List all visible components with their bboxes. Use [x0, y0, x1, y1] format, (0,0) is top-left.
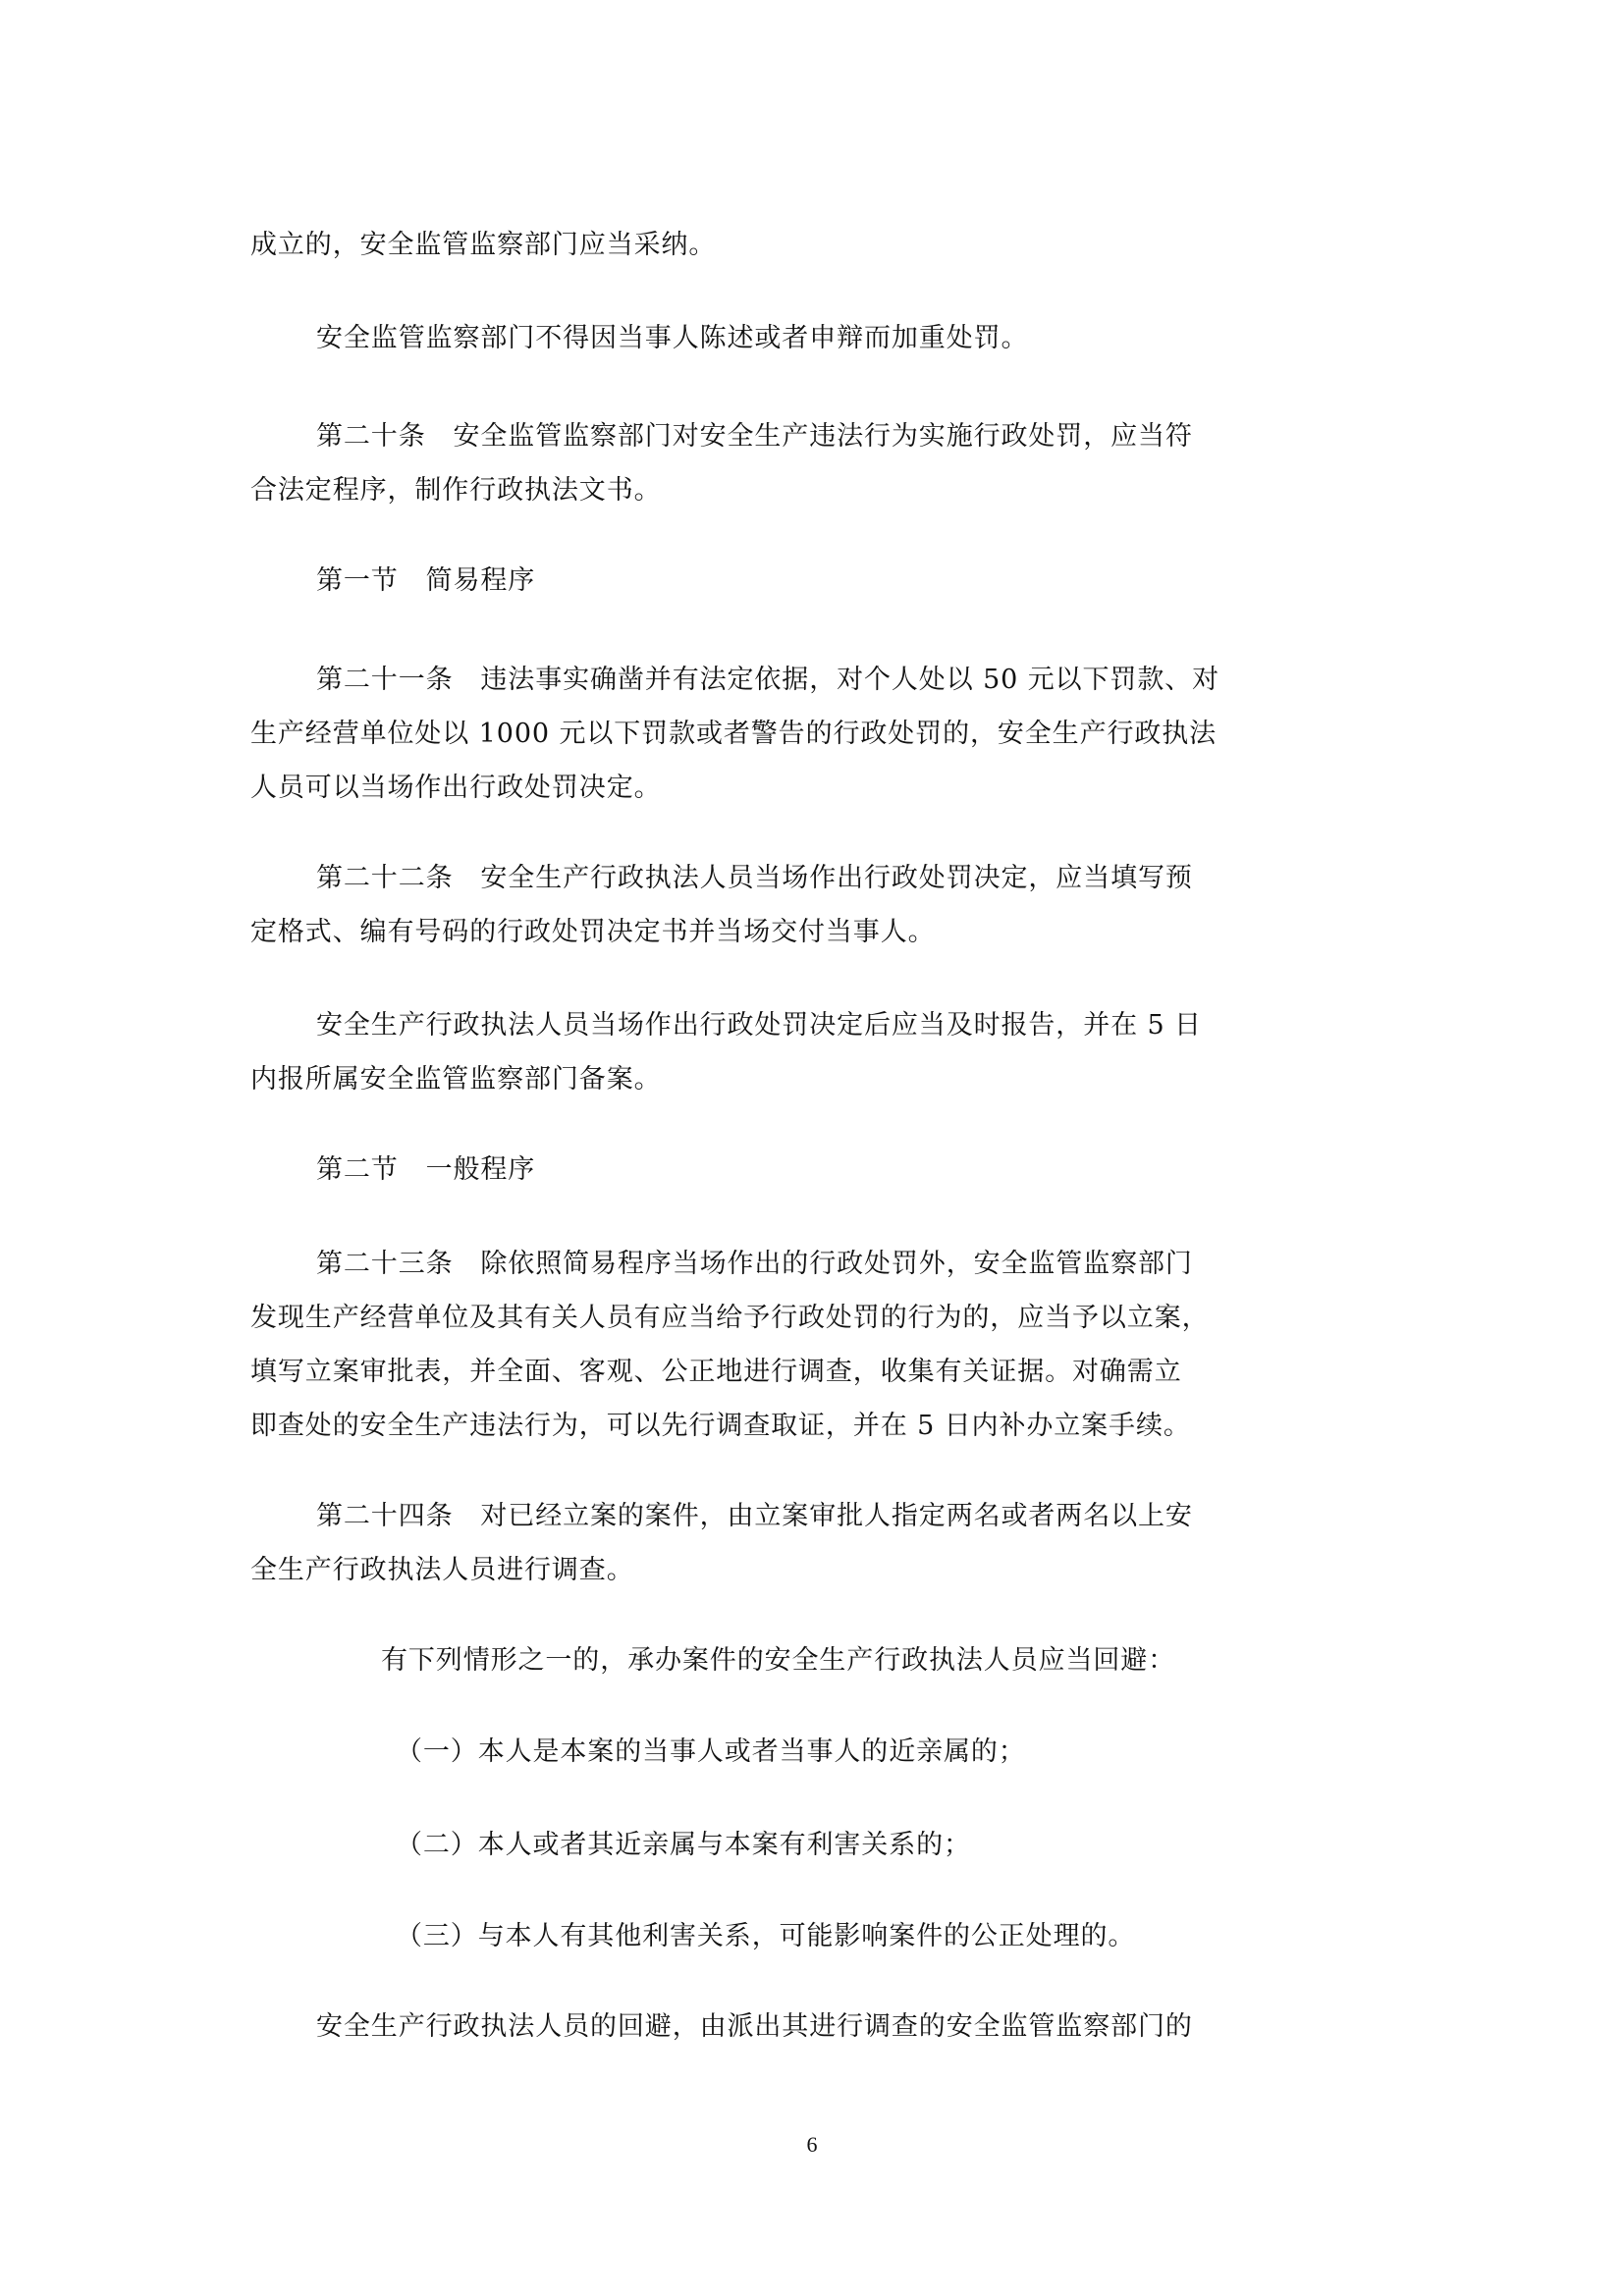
text-line: 安全监管监察部门不得因当事人陈述或者申辩而加重处罚。 — [316, 319, 1028, 358]
text-line: 内报所属安全监管监察部门备案。 — [250, 1060, 662, 1099]
article-21-heading-line: 第二十一条 违法事实确凿并有法定依据，对个人处以 50 元以下罚款、对 — [316, 661, 1219, 700]
section-1-heading: 第一节 简易程序 — [316, 561, 535, 601]
text-line: 填写立案审批表，并全面、客观、公正地进行调查，收集有关证据。对确需立 — [250, 1353, 1182, 1392]
list-item-2: （二）本人或者其近亲属与本案有利害关系的； — [396, 1826, 971, 1865]
list-item-3: （三）与本人有其他利害关系，可能影响案件的公正处理的。 — [396, 1917, 1135, 1956]
text-line: 定格式、编有号码的行政处罚决定书并当场交付当事人。 — [250, 913, 936, 952]
text-line: 有下列情形之一的，承办案件的安全生产行政执法人员应当回避： — [381, 1641, 1175, 1681]
text-line: 发现生产经营单位及其有关人员有应当给予行政处罚的行为的，应当予以立案， — [250, 1299, 1210, 1338]
text-line: 即查处的安全生产违法行为，可以先行调查取证，并在 5 日内补办立案手续。 — [250, 1407, 1191, 1446]
text-line: 全生产行政执法人员进行调查。 — [250, 1551, 634, 1590]
text-line: 生产经营单位处以 1000 元以下罚款或者警告的行政处罚的，安全生产行政执法 — [250, 715, 1217, 754]
text-line: 成立的，安全监管监察部门应当采纳。 — [250, 226, 716, 265]
article-22-heading-line: 第二十二条 安全生产行政执法人员当场作出行政处罚决定，应当填写预 — [316, 859, 1193, 898]
section-2-heading: 第二节 一般程序 — [316, 1150, 535, 1190]
document-page: 成立的，安全监管监察部门应当采纳。 安全监管监察部门不得因当事人陈述或者申辩而加… — [0, 0, 1624, 2296]
article-20-heading-line: 第二十条 安全监管监察部门对安全生产违法行为实施行政处罚，应当符 — [316, 417, 1193, 456]
list-item-1: （一）本人是本案的当事人或者当事人的近亲属的； — [396, 1733, 1026, 1772]
text-line: 人员可以当场作出行政处罚决定。 — [250, 769, 662, 808]
text-line: 合法定程序，制作行政执法文书。 — [250, 471, 662, 510]
page-number: 6 — [0, 2132, 1624, 2158]
text-line: 安全生产行政执法人员的回避，由派出其进行调查的安全监管监察部门的 — [316, 2007, 1193, 2047]
article-24-heading-line: 第二十四条 对已经立案的案件，由立案审批人指定两名或者两名以上安 — [316, 1497, 1193, 1536]
text-line: 安全生产行政执法人员当场作出行政处罚决定后应当及时报告，并在 5 日 — [316, 1006, 1202, 1045]
article-23-heading-line: 第二十三条 除依照简易程序当场作出的行政处罚外，安全监管监察部门 — [316, 1245, 1193, 1284]
